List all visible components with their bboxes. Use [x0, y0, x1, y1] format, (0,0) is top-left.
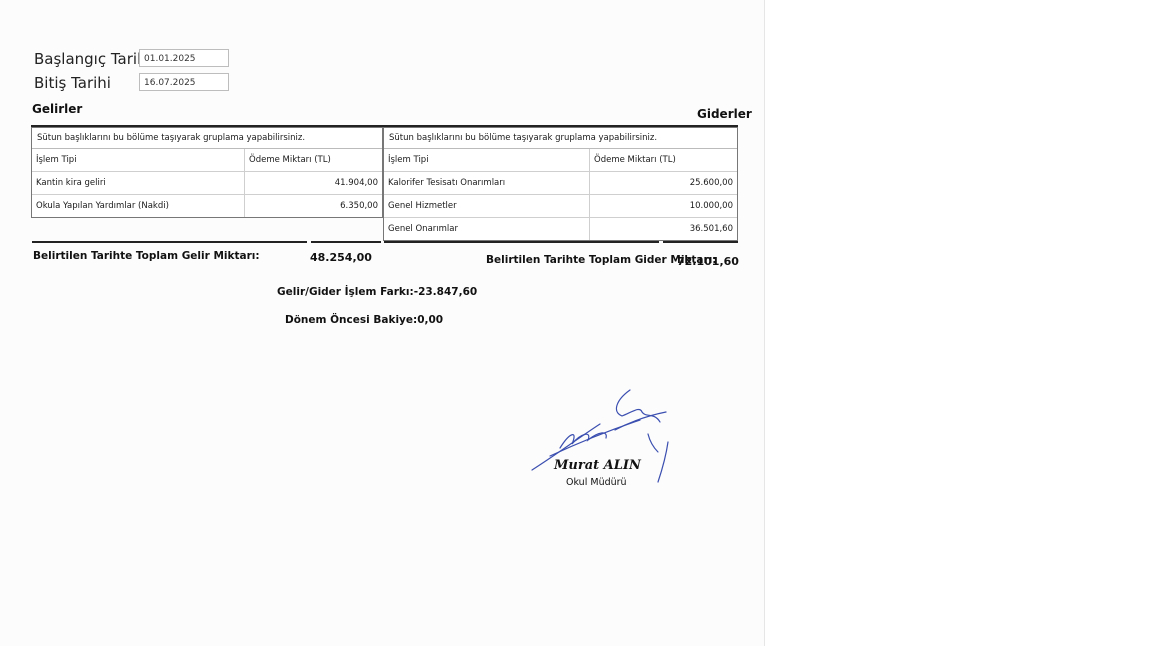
- expense-title: Giderler: [697, 107, 752, 121]
- income-total-divider: [32, 241, 307, 243]
- expense-row-amount: 10.000,00: [590, 195, 737, 217]
- income-row-type: Kantin kira geliri: [32, 172, 245, 194]
- start-date-label: Başlangıç Tarihi: [34, 50, 151, 68]
- income-expense-difference: Gelir/Gider İşlem Farkı:-23.847,60: [277, 286, 477, 298]
- expense-col-amount[interactable]: Ödeme Miktarı (TL): [590, 149, 737, 171]
- table-row[interactable]: Genel Onarımlar 36.501,60: [384, 218, 737, 240]
- end-date-field[interactable]: 16.07.2025: [139, 73, 229, 91]
- end-date-label: Bitiş Tarihi: [34, 74, 111, 92]
- expense-total-value: 72.101,60: [677, 255, 739, 268]
- expense-grid-top-border: [383, 125, 738, 127]
- expense-total-divider: [384, 241, 659, 243]
- income-col-type[interactable]: İşlem Tipi: [32, 149, 245, 171]
- income-title: Gelirler: [32, 102, 82, 116]
- expense-row-type: Kalorifer Tesisatı Onarımları: [384, 172, 590, 194]
- table-row[interactable]: Genel Hizmetler 10.000,00: [384, 195, 737, 218]
- income-header-row: İşlem Tipi Ödeme Miktarı (TL): [32, 149, 382, 172]
- expense-grid: Sütun başlıklarını bu bölüme taşıyarak g…: [383, 127, 738, 241]
- income-row-type: Okula Yapılan Yardımlar (Nakdi): [32, 195, 245, 217]
- table-row[interactable]: Kalorifer Tesisatı Onarımları 25.600,00: [384, 172, 737, 195]
- income-row-amount: 6.350,00: [245, 195, 382, 217]
- expense-row-type: Genel Onarımlar: [384, 218, 590, 240]
- signatory-name: Murat ALIN: [554, 458, 641, 473]
- report-page: Başlangıç Tarihi 01.01.2025 Bitiş Tarihi…: [0, 0, 765, 646]
- expense-col-type[interactable]: İşlem Tipi: [384, 149, 590, 171]
- expense-total-divider: [663, 241, 738, 243]
- income-total-label: Belirtilen Tarihte Toplam Gelir Miktarı:: [33, 250, 260, 262]
- income-col-amount[interactable]: Ödeme Miktarı (TL): [245, 149, 382, 171]
- table-row[interactable]: Kantin kira geliri 41.904,00: [32, 172, 382, 195]
- expense-group-panel[interactable]: Sütun başlıklarını bu bölüme taşıyarak g…: [384, 128, 737, 149]
- expense-row-type: Genel Hizmetler: [384, 195, 590, 217]
- previous-balance: Dönem Öncesi Bakiye:0,00: [285, 314, 443, 326]
- income-grid: Sütun başlıklarını bu bölüme taşıyarak g…: [31, 127, 383, 218]
- income-group-panel[interactable]: Sütun başlıklarını bu bölüme taşıyarak g…: [32, 128, 382, 149]
- expense-row-amount: 25.600,00: [590, 172, 737, 194]
- table-row[interactable]: Okula Yapılan Yardımlar (Nakdi) 6.350,00: [32, 195, 382, 217]
- income-grid-top-border: [31, 125, 383, 127]
- income-row-amount: 41.904,00: [245, 172, 382, 194]
- start-date-field[interactable]: 01.01.2025: [139, 49, 229, 67]
- expense-row-amount: 36.501,60: [590, 218, 737, 240]
- expense-header-row: İşlem Tipi Ödeme Miktarı (TL): [384, 149, 737, 172]
- income-total-divider: [311, 241, 381, 243]
- income-total-value: 48.254,00: [310, 251, 372, 264]
- signature-icon: [520, 382, 680, 492]
- signatory-title: Okul Müdürü: [566, 477, 627, 488]
